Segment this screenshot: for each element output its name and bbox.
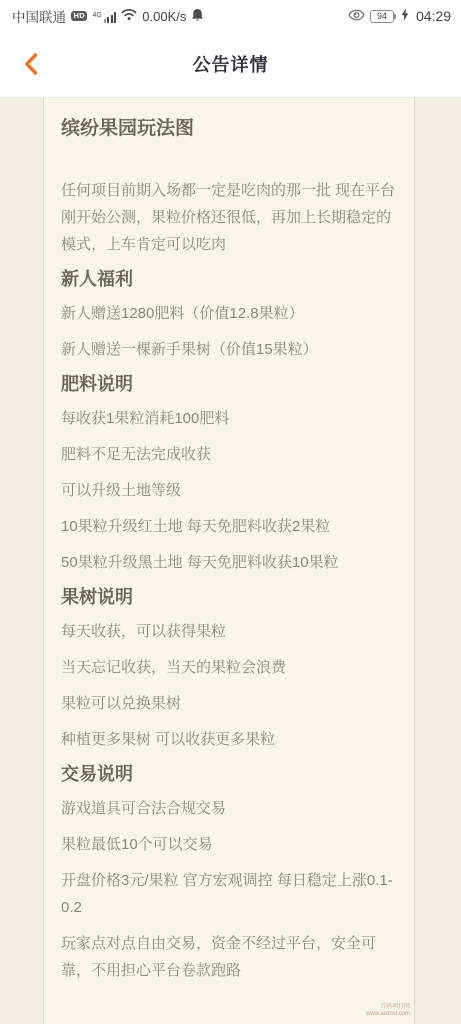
hd-badge: HD [71, 11, 87, 22]
signal-bars-icon: 4G [92, 10, 116, 23]
article-line: 10果粒升级红土地 每天免肥料收获2果粒 [61, 513, 396, 540]
watermark-name: 首码项目网 [366, 1004, 410, 1011]
chevron-left-icon [21, 52, 41, 76]
battery-percent: 94 [370, 10, 394, 23]
site-watermark: 首码项目网 www.aixinsl.com [366, 1004, 410, 1018]
section-heading: 新人福利 [61, 267, 396, 292]
article-intro: 任何项目前期入场都一定是吃肉的那一批 现在平台刚开始公测，果粒价格还很低，再加上… [61, 177, 396, 258]
section-heading: 果树说明 [61, 585, 396, 610]
back-button[interactable] [14, 47, 48, 81]
network-speed-label: 0.00K/s [142, 9, 186, 24]
article-line: 玩家点对点自由交易，资金不经过平台，安全可靠，不用担心平台卷款跑路 [61, 930, 396, 984]
article-title: 缤纷果园玩法图 [61, 116, 396, 141]
article-line: 当天忘记收获，当天的果粒会浪费 [61, 654, 396, 681]
network-type-label: 4G [92, 12, 101, 19]
phone-screen: 中国联通 HD 4G 0.00K/s [0, 0, 461, 1024]
article-line: 果粒可以兑换果树 [61, 690, 396, 717]
article-line: 游戏道具可合法合规交易 [61, 795, 396, 822]
article-line: 可以升级土地等级 [61, 477, 396, 504]
clock-label: 04:29 [416, 8, 451, 24]
article-line: 种植更多果树 可以收获更多果粒 [61, 726, 396, 753]
announcement-card: 缤纷果园玩法图 任何项目前期入场都一定是吃肉的那一批 现在平台刚开始公测，果粒价… [43, 98, 415, 1024]
article-line: 新人赠送1280肥料（价值12.8果粒） [61, 300, 396, 327]
announcement-content: 缤纷果园玩法图 任何项目前期入场都一定是吃肉的那一批 现在平台刚开始公测，果粒价… [0, 98, 461, 1024]
page-title: 公告详情 [193, 51, 269, 77]
charging-bolt-icon [401, 8, 409, 24]
article-line: 每天收获，可以获得果粒 [61, 618, 396, 645]
article-line: 开盘价格3元/果粒 官方宏观调控 每日稳定上涨0.1-0.2 [61, 867, 396, 921]
eye-protection-icon [348, 9, 365, 24]
carrier-label: 中国联通 [12, 6, 66, 26]
section-heading: 交易说明 [61, 762, 396, 787]
watermark-url: www.aixinsl.com [366, 1011, 410, 1018]
article-line: 50果粒升级黑土地 每天免肥料收获10果粒 [61, 549, 396, 576]
bell-icon [191, 8, 204, 25]
wifi-icon [121, 8, 137, 24]
section-heading: 肥料说明 [61, 372, 396, 397]
article-line: 新人赠送一棵新手果树（价值15果粒） [61, 336, 396, 363]
article-line: 肥料不足无法完成收获 [61, 441, 396, 468]
nav-bar: 公告详情 [0, 30, 461, 98]
article-line: 每收获1果粒消耗100肥料 [61, 405, 396, 432]
status-bar: 中国联通 HD 4G 0.00K/s [0, 0, 461, 30]
article-line: 果粒最低10个可以交易 [61, 831, 396, 858]
battery-icon: 94 [370, 10, 396, 23]
